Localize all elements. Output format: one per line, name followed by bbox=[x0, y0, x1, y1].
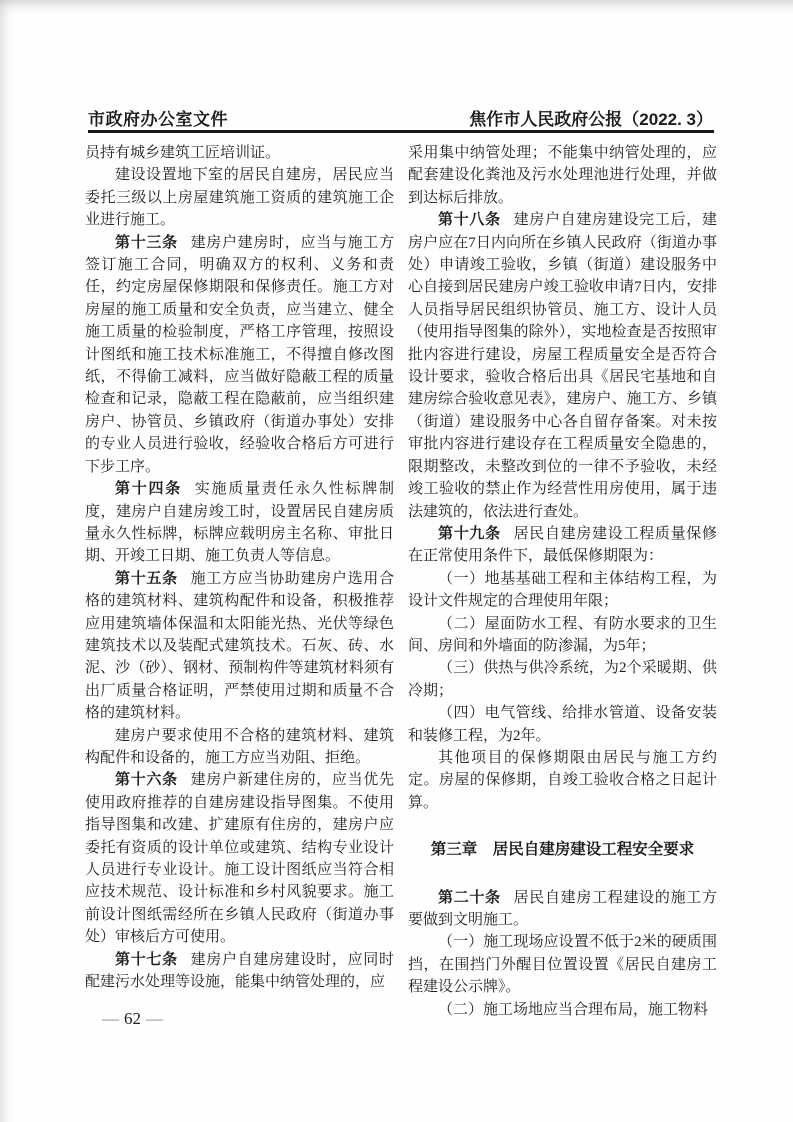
page-number-dash-left: — bbox=[102, 1009, 119, 1028]
paragraph: （三）供热与供冷系统，为2个采暖期、供冷期； bbox=[408, 657, 717, 702]
page-number-value: 62 bbox=[124, 1009, 141, 1028]
article-number: 第十七条 bbox=[115, 951, 178, 968]
paragraph: 第十三条建房户建房时，应当与施工方签订施工合同，明确双方的权利、义务和责任，约定… bbox=[85, 232, 394, 478]
text-columns: 员持有城乡建筑工匠培训证。建设设置地下室的居民自建房，居民应当委托三级以上房屋建… bbox=[85, 142, 717, 1021]
paragraph: （二）屋面防水工程、有防水要求的卫生间、房间和外墙面的防渗漏，为5年； bbox=[408, 613, 717, 658]
article-number: 第十六条 bbox=[115, 771, 178, 788]
article-number: 第十三条 bbox=[115, 234, 178, 251]
right-column: 采用集中纳管处理；不能集中纳管处理的，应配套建设化粪池及污水处理池进行处理，并做… bbox=[408, 142, 717, 1021]
paragraph: 第十九条居民自建房建设工程质量保修在正常使用条件下，最低保修期限为： bbox=[408, 523, 717, 568]
paragraph: （一）施工现场应设置不低于2米的硬质围挡，在围挡门外醒目位置设置《居民自建房工程… bbox=[408, 931, 717, 998]
paragraph: 第十七条建房户自建房建设时，应同时配建污水处理等设施，能集中纳管处理的，应 bbox=[85, 949, 394, 994]
paragraph: 其他项目的保修期限由居民与施工方约定。房屋的保修期，自竣工验收合格之日起计算。 bbox=[408, 747, 717, 814]
paragraph: 第十六条建房户新建住房的，应当优先使用政府推荐的自建房建设指导图集。不使用指导图… bbox=[85, 769, 394, 948]
paragraph: （一）地基基础工程和主体结构工程，为设计文件规定的合理使用年限； bbox=[408, 568, 717, 613]
article-number: 第十五条 bbox=[115, 570, 178, 587]
paragraph: 建设设置地下室的居民自建房，居民应当委托三级以上房屋建筑施工资质的建筑施工企业进… bbox=[85, 164, 394, 231]
header-rule bbox=[88, 130, 714, 133]
header-right-title: 焦作市人民政府公报（2022. 3） bbox=[469, 105, 713, 130]
gazette-page: 市政府办公室文件 焦作市人民政府公报（2022. 3） 员持有城乡建筑工匠培训证… bbox=[0, 0, 793, 1122]
header-left-title: 市政府办公室文件 bbox=[88, 105, 228, 130]
paragraph: （二）施工场地应当合理布局，施工物料 bbox=[408, 999, 717, 1021]
page-number: —62— bbox=[102, 1007, 163, 1031]
paragraph: 第二十条居民自建房工程建设的施工方要做到文明施工。 bbox=[408, 887, 717, 932]
left-column: 员持有城乡建筑工匠培训证。建设设置地下室的居民自建房，居民应当委托三级以上房屋建… bbox=[85, 142, 394, 1021]
paragraph: 采用集中纳管处理；不能集中纳管处理的，应配套建设化粪池及污水处理池进行处理，并做… bbox=[408, 142, 717, 209]
paragraph: 第十五条施工方应当协助建房户选用合格的建筑材料、建筑构配件和设备，积极推荐应用建… bbox=[85, 568, 394, 725]
page-number-dash-right: — bbox=[146, 1009, 163, 1028]
article-number: 第二十条 bbox=[438, 889, 501, 906]
paragraph: 员持有城乡建筑工匠培训证。 bbox=[85, 142, 394, 164]
article-number: 第十九条 bbox=[438, 525, 501, 542]
paragraph: 第十四条实施质量责任永久性标牌制度，建房户自建房竣工时，设置居民自建房质量永久性… bbox=[85, 478, 394, 568]
paragraph: （四）电气管线、给排水管道、设备安装和装修工程，为2年。 bbox=[408, 702, 717, 747]
article-number: 第十八条 bbox=[438, 211, 501, 228]
paragraph: 第十八条建房户自建房建设完工后，建房户应在7日内向所在乡镇人民政府（街道办事处）… bbox=[408, 209, 717, 523]
chapter-heading: 第三章 居民自建房建设工程安全要求 bbox=[408, 839, 717, 861]
paragraph: 建房户要求使用不合格的建筑材料、建筑构配件和设备的，施工方应当劝阻、拒绝。 bbox=[85, 725, 394, 770]
article-number: 第十四条 bbox=[115, 480, 182, 497]
